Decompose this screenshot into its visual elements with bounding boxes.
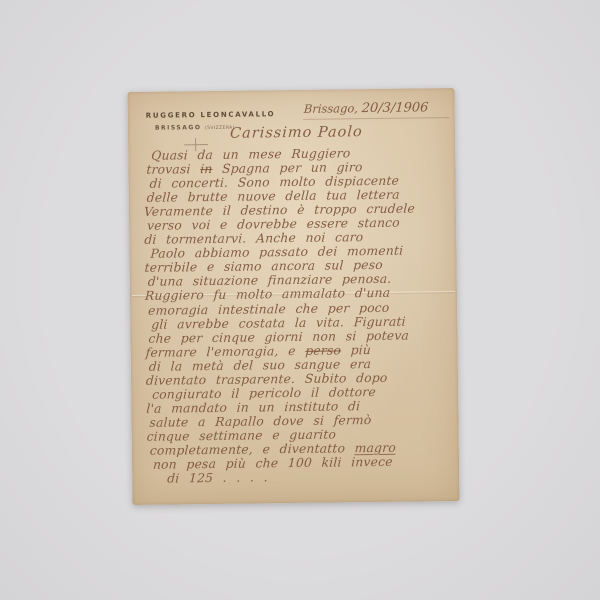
letter-body: Quasi da un mese Ruggierotrovasi in Spag… (143, 145, 449, 486)
letter-word-strike: in (200, 162, 213, 176)
letter-word-strike: perso (305, 343, 342, 357)
dateline: Brissago, 20/3/1906 (303, 100, 450, 120)
letter-text: più (341, 343, 372, 357)
letter-text: di 125 . . . . (167, 470, 269, 485)
letter-text: fermare l'emoragia, e (145, 344, 305, 360)
letterhead-place-text: BRISSAGO (155, 124, 202, 132)
dateline-date: 20/3/1906 (361, 100, 429, 116)
photo-background: { "photo": { "background_color": "#dbdad… (0, 0, 600, 600)
salutation: Carissimo Paolo (230, 124, 364, 142)
letter-text: trovasi (146, 162, 201, 177)
letter-paper: RUGGERO LEONCAVALLO BRISSAGO (SVIZZERA) … (127, 88, 459, 505)
letterhead-name: RUGGERO LEONCAVALLO (146, 110, 276, 120)
letter-line: di 125 . . . . (167, 468, 450, 486)
letter-word-underline: magro (354, 441, 396, 456)
dateline-place: Brissago, (303, 101, 358, 116)
